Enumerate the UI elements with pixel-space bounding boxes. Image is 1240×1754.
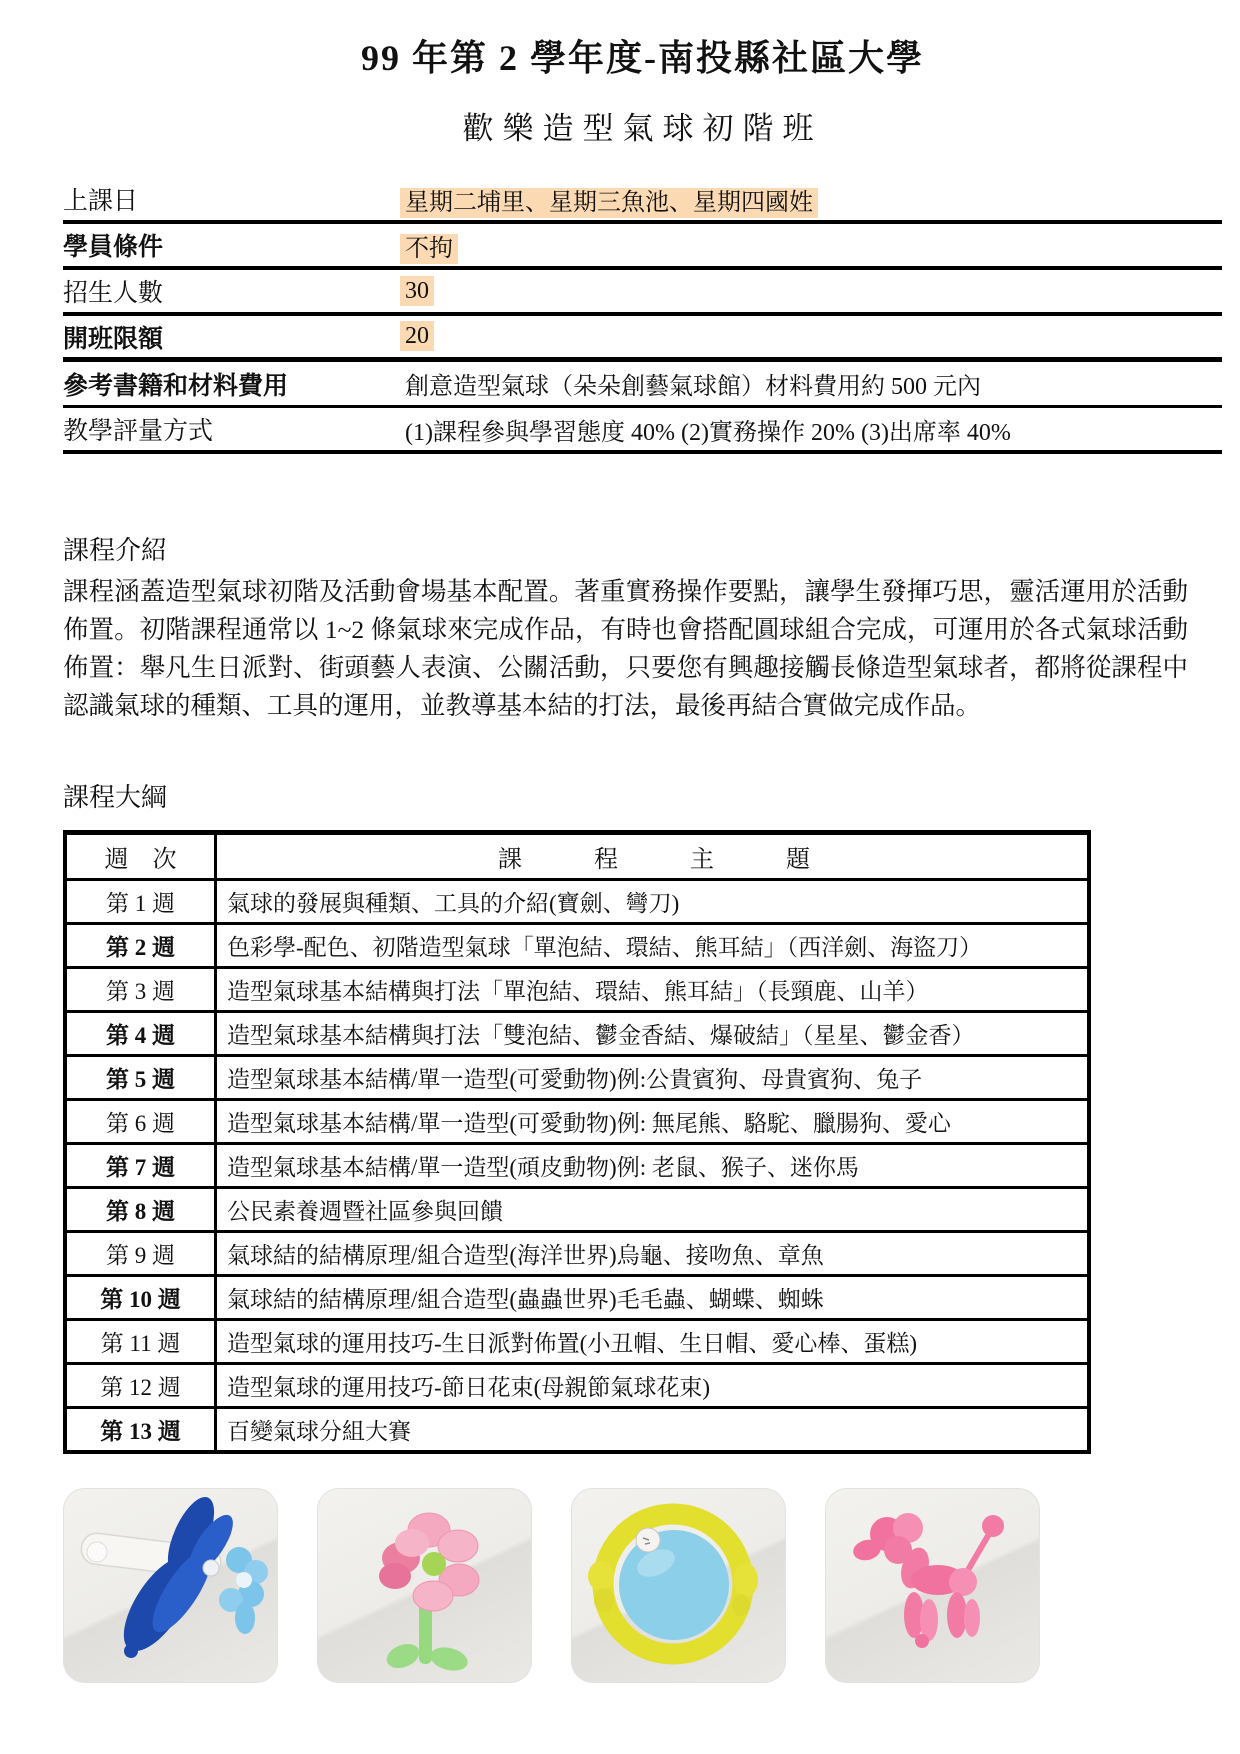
outline-topic-cell: 氣球結的結構原理/組合造型(蟲蟲世界)毛毛蟲、蝴蝶、蜘蛛 xyxy=(217,1277,1087,1318)
outline-week-cell: 第 4 週 xyxy=(67,1013,217,1054)
outline-topic-cell: 造型氣球基本結構/單一造型(頑皮動物)例: 老鼠、猴子、迷你馬 xyxy=(217,1145,1087,1186)
info-table-row: 教學評量方式 (1)課程參與學習態度 40% (2)實務操作 20% (3)出席… xyxy=(63,408,1222,454)
outline-row: 第 1 週 氣球的發展與種類、工具的介紹(寶劍、彎刀) xyxy=(67,881,1087,925)
outline-topic-cell: 造型氣球基本結構與打法「單泡結、環結、熊耳結」（長頸鹿、山羊） xyxy=(217,969,1087,1010)
outline-row: 第 12 週 造型氣球的運用技巧-節日花束(母親節氣球花束) xyxy=(67,1365,1087,1409)
info-row-label: 招生人數 xyxy=(63,273,400,309)
intro-heading: 課程介紹 xyxy=(63,530,1222,567)
outline-heading: 課程大綱 xyxy=(63,777,1222,814)
outline-header-topic: 課 程 主 題 xyxy=(217,835,1087,878)
info-table-row: 學員條件 不拘 xyxy=(63,224,1222,270)
info-table-row: 招生人數 30 xyxy=(63,270,1222,316)
balloon-fish-illustration xyxy=(571,1488,786,1683)
document-subtitle: 歡樂造型氣球初階班 xyxy=(63,103,1222,148)
info-row-value: 20 xyxy=(400,323,434,350)
info-row-label: 教學評量方式 xyxy=(63,411,400,447)
outline-week-cell: 第 6 週 xyxy=(67,1101,217,1142)
info-row-label: 開班限額 xyxy=(63,319,400,355)
info-row-value: 不拘 xyxy=(400,228,458,263)
balloon-flower-illustration xyxy=(317,1488,532,1683)
course-outline-table: 週 次 課 程 主 題 第 1 週 氣球的發展與種類、工具的介紹(寶劍、彎刀) … xyxy=(63,830,1091,1454)
outline-topic-cell: 公民素養週暨社區參與回饋 xyxy=(217,1189,1087,1230)
outline-row: 第 6 週 造型氣球基本結構/單一造型(可愛動物)例: 無尾熊、駱駝、臘腸狗、愛… xyxy=(67,1101,1087,1145)
balloon-poodle-illustration xyxy=(825,1488,1040,1683)
outline-row: 第 13 週 百變氣球分組大賽 xyxy=(67,1409,1087,1450)
outline-topic-cell: 色彩學-配色、初階造型氣球「單泡結、環結、熊耳結」（西洋劍、海盜刀） xyxy=(217,925,1087,966)
balloon-photo-strip xyxy=(63,1488,1040,1683)
info-row-label: 上課日 xyxy=(63,181,400,217)
pink-balloon-flower-photo xyxy=(317,1488,532,1683)
outline-row: 第 4 週 造型氣球基本結構與打法「雙泡結、鬱金香結、爆破結」（星星、鬱金香） xyxy=(67,1013,1087,1057)
outline-week-cell: 第 13 週 xyxy=(67,1409,217,1450)
outline-topic-cell: 氣球的發展與種類、工具的介紹(寶劍、彎刀) xyxy=(217,881,1087,922)
outline-row: 第 10 週 氣球結的結構原理/組合造型(蟲蟲世界)毛毛蟲、蝴蝶、蜘蛛 xyxy=(67,1277,1087,1321)
pink-balloon-poodle-photo xyxy=(825,1488,1040,1683)
outline-week-cell: 第 7 週 xyxy=(67,1145,217,1186)
outline-row: 第 11 週 造型氣球的運用技巧-生日派對佈置(小丑帽、生日帽、愛心棒、蛋糕) xyxy=(67,1321,1087,1365)
outline-row: 第 3 週 造型氣球基本結構與打法「單泡結、環結、熊耳結」（長頸鹿、山羊） xyxy=(67,969,1087,1013)
info-table-row: 開班限額 20 xyxy=(63,316,1222,362)
outline-week-cell: 第 8 週 xyxy=(67,1189,217,1230)
outline-topic-cell: 氣球結的結構原理/組合造型(海洋世界)烏龜、接吻魚、章魚 xyxy=(217,1233,1087,1274)
outline-topic-cell: 百變氣球分組大賽 xyxy=(217,1409,1087,1450)
outline-header-week: 週 次 xyxy=(67,835,217,878)
outline-topic-cell: 造型氣球的運用技巧-生日派對佈置(小丑帽、生日帽、愛心棒、蛋糕) xyxy=(217,1321,1087,1362)
blue-white-balloon-airplane-photo xyxy=(63,1488,278,1683)
balloon-airplane-illustration xyxy=(63,1488,278,1683)
outline-week-cell: 第 1 週 xyxy=(67,881,217,922)
outline-topic-cell: 造型氣球基本結構/單一造型(可愛動物)例:公貴賓狗、母貴賓狗、兔子 xyxy=(217,1057,1087,1098)
outline-week-cell: 第 9 週 xyxy=(67,1233,217,1274)
outline-row: 第 5 週 造型氣球基本結構/單一造型(可愛動物)例:公貴賓狗、母貴賓狗、兔子 xyxy=(67,1057,1087,1101)
outline-row: 第 9 週 氣球結的結構原理/組合造型(海洋世界)烏龜、接吻魚、章魚 xyxy=(67,1233,1087,1277)
outline-header-row: 週 次 課 程 主 題 xyxy=(67,835,1087,881)
info-row-value: 星期二埔里、星期三魚池、星期四國姓 xyxy=(400,182,818,217)
blue-yellow-balloon-fish-photo xyxy=(571,1488,786,1683)
document-title: 99 年第 2 學年度-南投縣社區大學 xyxy=(63,30,1222,81)
outline-topic-cell: 造型氣球基本結構/單一造型(可愛動物)例: 無尾熊、駱駝、臘腸狗、愛心 xyxy=(217,1101,1087,1142)
outline-row: 第 2 週 色彩學-配色、初階造型氣球「單泡結、環結、熊耳結」（西洋劍、海盜刀） xyxy=(67,925,1087,969)
outline-row: 第 7 週 造型氣球基本結構/單一造型(頑皮動物)例: 老鼠、猴子、迷你馬 xyxy=(67,1145,1087,1189)
info-row-value: (1)課程參與學習態度 40% (2)實務操作 20% (3)出席率 40% xyxy=(400,412,1016,447)
outline-week-cell: 第 12 週 xyxy=(67,1365,217,1406)
intro-paragraph: 課程涵蓋造型氣球初階及活動會場基本配置。著重實務操作要點，讓學生發揮巧思，靈活運… xyxy=(63,573,1188,725)
info-row-label: 學員條件 xyxy=(63,227,400,263)
info-table-row: 參考書籍和材料費用 創意造型氣球（朵朵創藝氣球館）材料費用約 500 元內 xyxy=(63,362,1222,408)
outline-row: 第 8 週 公民素養週暨社區參與回饋 xyxy=(67,1189,1087,1233)
outline-topic-cell: 造型氣球的運用技巧-節日花束(母親節氣球花束) xyxy=(217,1365,1087,1406)
outline-week-cell: 第 10 週 xyxy=(67,1277,217,1318)
info-table-row: 上課日 星期二埔里、星期三魚池、星期四國姓 xyxy=(63,178,1222,224)
info-row-value: 30 xyxy=(400,278,434,305)
outline-topic-cell: 造型氣球基本結構與打法「雙泡結、鬱金香結、爆破結」（星星、鬱金香） xyxy=(217,1013,1087,1054)
outline-week-cell: 第 3 週 xyxy=(67,969,217,1010)
outline-week-cell: 第 5 週 xyxy=(67,1057,217,1098)
course-info-table: 上課日 星期二埔里、星期三魚池、星期四國姓 學員條件 不拘 招生人數 30 開班… xyxy=(63,178,1222,454)
outline-week-cell: 第 2 週 xyxy=(67,925,217,966)
info-row-value: 創意造型氣球（朵朵創藝氣球館）材料費用約 500 元內 xyxy=(400,366,986,401)
outline-week-cell: 第 11 週 xyxy=(67,1321,217,1362)
info-row-label: 參考書籍和材料費用 xyxy=(63,366,400,402)
document-page: 99 年第 2 學年度-南投縣社區大學 歡樂造型氣球初階班 上課日 星期二埔里、… xyxy=(0,0,1240,1454)
